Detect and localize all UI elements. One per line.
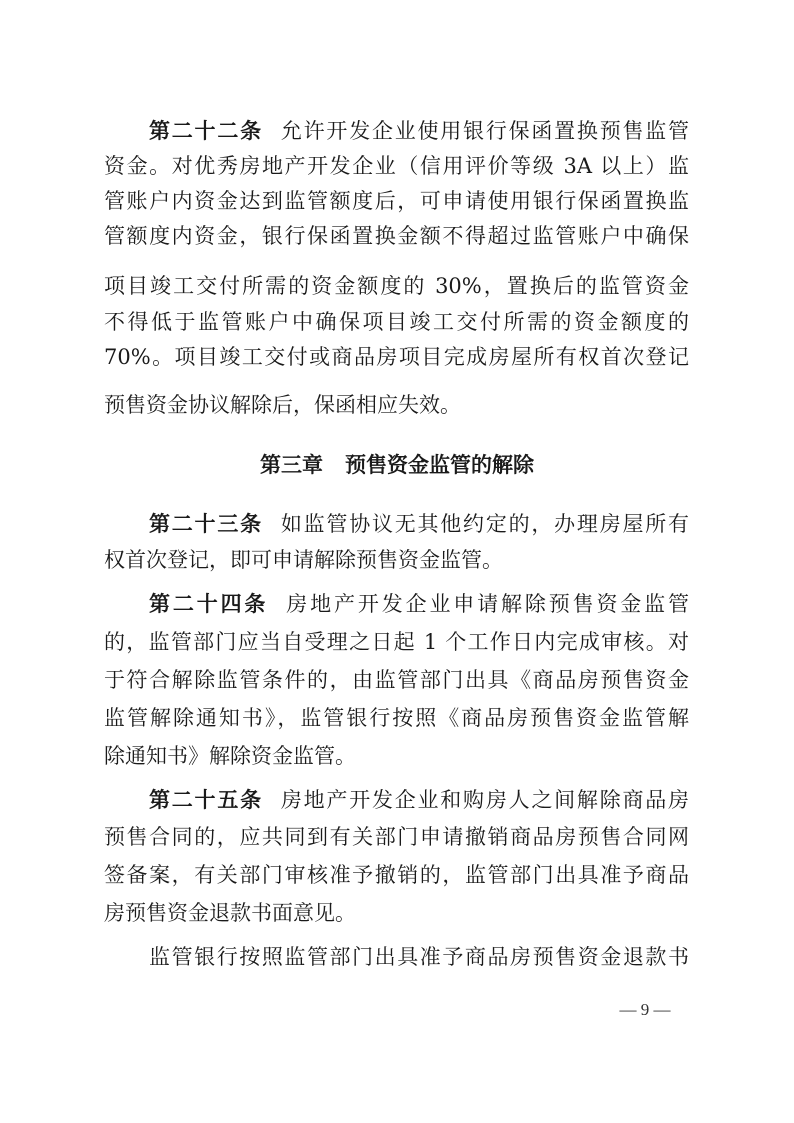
article-25-label: 第二十五条 xyxy=(149,788,263,812)
article-22-line-3: 管账户内资金达到监管额度后，可申请使用银行保函置换监 xyxy=(104,186,689,216)
article-25-line-4: 房预售资金退款书面意见。 xyxy=(104,898,689,928)
article-25-line-2: 预售合同的，应共同到有关部门申请撤销商品房预售合同网 xyxy=(104,822,689,852)
article-24-label: 第二十四条 xyxy=(149,592,268,616)
article-25-line-1: 第二十五条房地产开发企业和购房人之间解除商品房 xyxy=(149,785,689,815)
page-number: — 9 — xyxy=(600,1000,690,1020)
article-24-line-2: 的，监管部门应当自受理之日起 1 个工作日内完成审核。对 xyxy=(104,627,689,657)
article-22-line-7: 70%。项目竣工交付或商品房项目完成房屋所有权首次登记 xyxy=(104,342,689,372)
article-22-line-6: 不得低于监管账户中确保项目竣工交付所需的资金额度的 xyxy=(104,307,689,337)
chapter-title: 预售资金监管的解除 xyxy=(345,453,534,477)
chapter-heading: 第三章预售资金监管的解除 xyxy=(0,450,794,480)
article-22-line-2: 资金。对优秀房地产开发企业（信用评价等级 3A 以上）监 xyxy=(104,151,689,181)
article-24-line-1: 第二十四条房地产开发企业申请解除预售资金监管 xyxy=(149,589,689,619)
article-23-label: 第二十三条 xyxy=(149,512,263,536)
article-24-line-5: 除通知书》解除资金监管。 xyxy=(104,741,689,771)
article-25-line-3: 签备案，有关部门审核准予撤销的，监管部门出具准予商品 xyxy=(104,860,689,890)
final-paragraph-line: 监管银行按照监管部门出具准予商品房预售资金退款书 xyxy=(149,942,689,972)
chapter-number: 第三章 xyxy=(260,453,323,477)
article-24-line-4: 监管解除通知书》，监管银行按照《商品房预售资金监管解 xyxy=(104,703,689,733)
document-page: 第二十二条允许开发企业使用银行保函置换预售监管 资金。对优秀房地产开发企业（信用… xyxy=(0,0,794,1123)
article-22-line-5: 项目竣工交付所需的资金额度的 30%，置换后的监管资金 xyxy=(104,271,689,301)
article-22-line-8: 预售资金协议解除后，保函相应失效。 xyxy=(104,390,689,420)
article-22-label: 第二十二条 xyxy=(149,119,263,143)
article-24-line-3: 于符合解除监管条件的，由监管部门出具《商品房预售资金 xyxy=(104,665,689,695)
article-22-line-4: 管额度内资金，银行保函置换金额不得超过监管账户中确保 xyxy=(104,221,689,251)
article-22-line-1: 第二十二条允许开发企业使用银行保函置换预售监管 xyxy=(149,116,689,146)
article-23-line-1: 第二十三条如监管协议无其他约定的，办理房屋所有 xyxy=(149,509,689,539)
article-23-line-2: 权首次登记，即可申请解除预售资金监管。 xyxy=(104,545,689,575)
